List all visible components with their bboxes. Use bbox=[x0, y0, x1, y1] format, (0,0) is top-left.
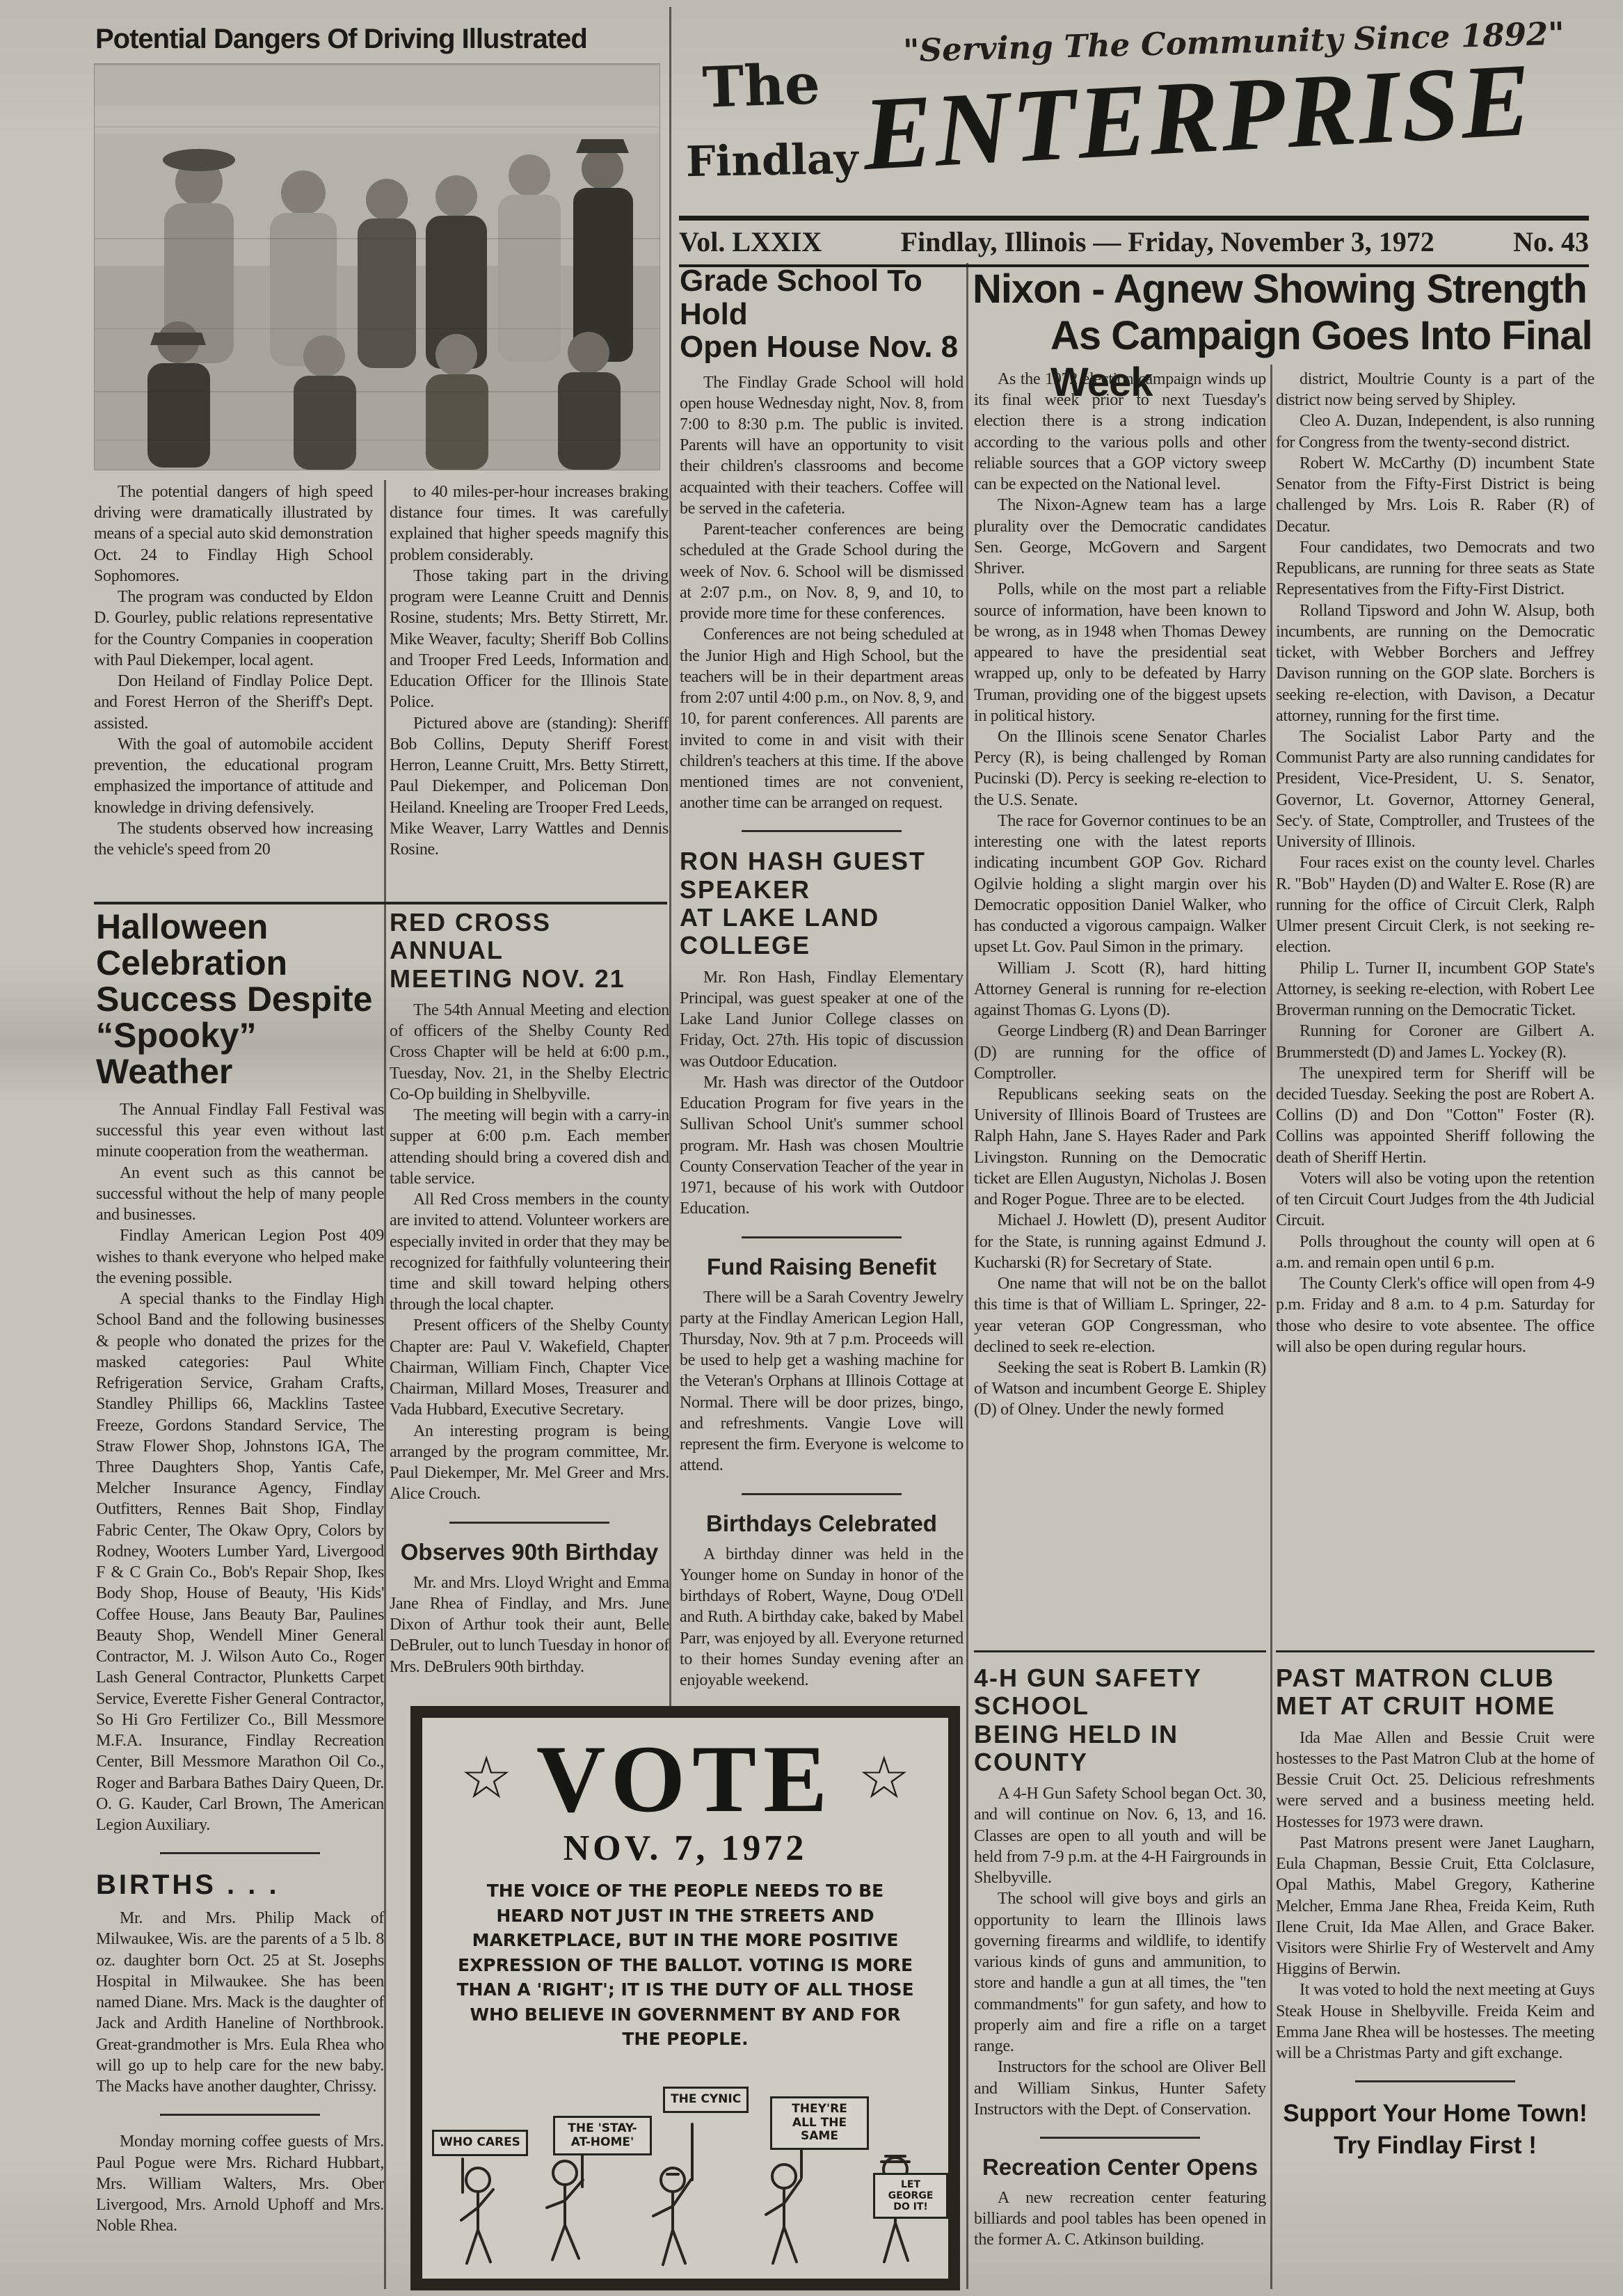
star-icon: ☆ bbox=[461, 1750, 513, 1808]
paragraph: Findlay American Legion Post 409 wishes … bbox=[96, 1225, 384, 1289]
paragraph: Monday morning coffee guests of Mrs. Pau… bbox=[96, 2131, 384, 2236]
paragraph: to 40 miles-per-hour increases braking d… bbox=[390, 481, 669, 566]
masthead: "Serving The Community Since 1892" The F… bbox=[673, 13, 1597, 263]
paragraph: Cleo A. Duzan, Independent, is also runn… bbox=[1276, 410, 1594, 452]
paragraph: Philip L. Turner II, incumbent GOP State… bbox=[1276, 958, 1594, 1021]
recreation-headline: Recreation Center Opens bbox=[974, 2154, 1266, 2181]
coffee-note: Monday morning coffee guests of Mrs. Pau… bbox=[96, 2131, 384, 2236]
cartoon-sign: THE 'STAY-AT-HOME' bbox=[553, 2116, 652, 2155]
headline-line: AT LAKE LAND COLLEGE bbox=[680, 904, 964, 960]
paragraph: The County Clerk's office will open from… bbox=[1276, 1273, 1594, 1357]
paragraph: Conferences are not being scheduled at t… bbox=[680, 624, 964, 813]
paragraph: Voters will also be voting upon the rete… bbox=[1276, 1168, 1594, 1231]
ron-hash-body: Mr. Ron Hash, Findlay Elementary Princip… bbox=[680, 967, 964, 1220]
paragraph: Rolland Tipsword and John W. Alsup, both… bbox=[1276, 600, 1594, 726]
paragraph: Pictured above are (standing): Sheriff B… bbox=[390, 713, 669, 861]
paragraph: Michael J. Howlett (D), present Auditor … bbox=[974, 1210, 1266, 1273]
paragraph: With the goal of automobile accident pre… bbox=[94, 734, 373, 818]
paragraph: The Findlay Grade School will hold open … bbox=[680, 372, 964, 520]
paragraph: Don Heiland of Findlay Police Dept. and … bbox=[94, 671, 373, 734]
paragraph: Parent-teacher conferences are being sch… bbox=[680, 519, 964, 624]
vote-ad-inner: ☆ VOTE ☆ NOV. 7, 1972 THE VOICE OF THE P… bbox=[420, 1716, 950, 2281]
cartoon-sign: THEY'RE ALL THE SAME bbox=[770, 2096, 869, 2150]
driving-body: The potential dangers of high speed driv… bbox=[94, 481, 669, 860]
paragraph: district, Moultrie County is a part of t… bbox=[1276, 369, 1594, 410]
gun-safety-body: A 4-H Gun Safety School began Oct. 30, a… bbox=[974, 1783, 1266, 2120]
paragraph: A birthday dinner was held in the Younge… bbox=[680, 1544, 964, 1691]
observes-90th-body: Mr. and Mrs. Lloyd Wright and Emma Jane … bbox=[390, 1572, 669, 1677]
paragraph: The potential dangers of high speed driv… bbox=[94, 481, 373, 587]
headline-line: 4-H GUN SAFETY SCHOOL bbox=[974, 1664, 1266, 1721]
ron-hash-headline: RON HASH GUEST SPEAKER AT LAKE LAND COLL… bbox=[680, 847, 964, 959]
paragraph: Four candidates, two Democrats and two R… bbox=[1276, 537, 1594, 600]
headline-line: MEETING NOV. 21 bbox=[390, 965, 669, 993]
births-headline: BIRTHS . . . bbox=[96, 1870, 384, 1901]
separator bbox=[742, 1493, 902, 1495]
paragraph: A 4-H Gun Safety School began Oct. 30, a… bbox=[974, 1783, 1266, 1888]
paragraph: An event such as this cannot be successf… bbox=[96, 1163, 384, 1226]
paragraph: A new recreation center featuring billia… bbox=[974, 2187, 1266, 2251]
support-home-town-promo: Support Your Home Town! Try Findlay Firs… bbox=[1276, 2098, 1594, 2161]
headline-line: Nixon - Agnew Showing Strength bbox=[973, 266, 1594, 312]
paragraph: Polls throughout the county will open at… bbox=[1276, 1231, 1594, 1273]
grade-school-column: Grade School To Hold Open House Nov. 8 T… bbox=[680, 264, 964, 1691]
paragraph: Past Matrons present were Janet Laugharn… bbox=[1276, 1833, 1594, 1980]
nixon-body-col2: district, Moultrie County is a part of t… bbox=[1276, 369, 1594, 1656]
halloween-article: Halloween Celebration Success Despite “S… bbox=[96, 909, 384, 2236]
cartoon-sign: WHO CARES bbox=[432, 2130, 528, 2156]
paragraph: Mr. Hash was director of the Outdoor Edu… bbox=[680, 1072, 964, 1220]
paragraph: Seeking the seat is Robert B. Lamkin (R)… bbox=[974, 1357, 1266, 1421]
headline-line: MET AT CRUIT HOME bbox=[1276, 1692, 1594, 1720]
paragraph: A special thanks to the Findlay High Sch… bbox=[96, 1289, 384, 1835]
nixon-body-col1: As the 1972 election campaign winds up i… bbox=[974, 369, 1266, 1656]
halloween-body: The Annual Findlay Fall Festival was suc… bbox=[96, 1099, 384, 1835]
separator bbox=[742, 1236, 902, 1238]
separator bbox=[160, 2114, 320, 2116]
paragraph: An interesting program is being arranged… bbox=[390, 1421, 669, 1505]
vote-title: VOTE bbox=[536, 1736, 834, 1822]
nixon-text-col1: As the 1972 election campaign winds up i… bbox=[974, 369, 1266, 1421]
cartoon-sign: LET GEORGE DO IT! bbox=[873, 2173, 948, 2219]
paragraph: The meeting will begin with a carry-in s… bbox=[390, 1105, 669, 1189]
headline-line: “Spooky” Weather bbox=[96, 1017, 384, 1090]
birthdays-headline: Birthdays Celebrated bbox=[680, 1510, 964, 1537]
headline-line: Open House Nov. 8 bbox=[680, 330, 964, 364]
group-photo bbox=[94, 63, 660, 470]
red-cross-body: The 54th Annual Meeting and election of … bbox=[390, 1000, 669, 1505]
vote-cartoon: WHO CARES THE 'STAY-AT-HOME' THE CYNIC T… bbox=[422, 2075, 948, 2279]
vote-advertisement: ☆ VOTE ☆ NOV. 7, 1972 THE VOICE OF THE P… bbox=[410, 1706, 960, 2290]
headline-line: PAST MATRON CLUB bbox=[1276, 1664, 1594, 1692]
observes-90th-headline: Observes 90th Birthday bbox=[390, 1539, 669, 1565]
paragraph: George Lindberg (R) and Dean Barringer (… bbox=[974, 1021, 1266, 1084]
fund-raising-headline: Fund Raising Benefit bbox=[680, 1254, 964, 1280]
paragraph: Robert W. McCarthy (D) incumbent State S… bbox=[1276, 453, 1594, 537]
issue-number: No. 43 bbox=[1513, 225, 1589, 258]
grade-school-body: The Findlay Grade School will hold open … bbox=[680, 372, 964, 814]
headline-line: BEING HELD IN COUNTY bbox=[974, 1721, 1266, 1777]
driving-article: Potential Dangers Of Driving Illustrated bbox=[94, 24, 669, 860]
newspaper-scan: { "page": { "paper_color": "#c6c3bb", "i… bbox=[0, 0, 1623, 2296]
promo-line: Support Your Home Town! bbox=[1276, 2098, 1594, 2130]
paragraph: Instructors for the school are Oliver Be… bbox=[974, 2057, 1266, 2120]
paragraph: The Annual Findlay Fall Festival was suc… bbox=[96, 1099, 384, 1163]
separator bbox=[1355, 2080, 1515, 2082]
column-rule bbox=[966, 263, 968, 2289]
headline-line: Grade School To Hold bbox=[680, 264, 964, 330]
driving-headline: Potential Dangers Of Driving Illustrated bbox=[95, 24, 669, 55]
vote-message: THE VOICE OF THE PEOPLE NEEDS TO BE HEAR… bbox=[456, 1879, 915, 2052]
birthdays-body: A birthday dinner was held in the Younge… bbox=[680, 1544, 964, 1691]
nixon-text-col2: district, Moultrie County is a part of t… bbox=[1276, 369, 1594, 1357]
paragraph: Mr. and Mrs. Philip Mack of Milwaukee, W… bbox=[96, 1908, 384, 2097]
paragraph: Ida Mae Allen and Bessie Cruit were host… bbox=[1276, 1728, 1594, 1833]
separator bbox=[160, 1852, 320, 1854]
headline-line: RED CROSS ANNUAL bbox=[390, 909, 669, 965]
section-rule bbox=[94, 902, 667, 904]
paragraph: The Nixon-Agnew team has a large plurali… bbox=[974, 495, 1266, 579]
paragraph: The 54th Annual Meeting and election of … bbox=[390, 1000, 669, 1105]
paragraph: One name that will not be on the ballot … bbox=[974, 1273, 1266, 1357]
promo-line: Try Findlay First ! bbox=[1276, 2130, 1594, 2162]
separator bbox=[449, 1522, 609, 1524]
paragraph: Republicans seeking seats on the Univers… bbox=[974, 1084, 1266, 1210]
paragraph: The students observed how increasing the… bbox=[94, 818, 373, 860]
paragraph: There will be a Sarah Coventry Jewelry p… bbox=[680, 1287, 964, 1476]
vote-date: NOV. 7, 1972 bbox=[422, 1828, 948, 1869]
separator bbox=[742, 830, 902, 832]
paragraph: Mr. Ron Hash, Findlay Elementary Princip… bbox=[680, 967, 964, 1072]
past-matron-body: Ida Mae Allen and Bessie Cruit were host… bbox=[1276, 1728, 1594, 2064]
column-rule bbox=[1270, 365, 1272, 2289]
paragraph: Polls, while on the most part a reliable… bbox=[974, 579, 1266, 726]
paragraph: All Red Cross members in the county are … bbox=[390, 1189, 669, 1315]
separator bbox=[1040, 2137, 1200, 2139]
paragraph: Mr. and Mrs. Lloyd Wright and Emma Jane … bbox=[390, 1572, 669, 1677]
paragraph: The Socialist Labor Party and the Commun… bbox=[1276, 726, 1594, 852]
masthead-folio: Vol. LXXIX Findlay, Illinois — Friday, N… bbox=[679, 225, 1589, 258]
fund-raising-body: There will be a Sarah Coventry Jewelry p… bbox=[680, 1287, 964, 1476]
red-cross-headline: RED CROSS ANNUAL MEETING NOV. 21 bbox=[390, 909, 669, 993]
grade-school-headline: Grade School To Hold Open House Nov. 8 bbox=[680, 264, 964, 364]
paragraph: Those taking part in the driving program… bbox=[390, 566, 669, 713]
group-photo-illustration bbox=[95, 64, 659, 470]
vote-title-row: ☆ VOTE ☆ bbox=[422, 1736, 948, 1822]
paragraph: Present officers of the Shelby County Ch… bbox=[390, 1315, 669, 1420]
past-matron-headline: PAST MATRON CLUB MET AT CRUIT HOME bbox=[1276, 1664, 1594, 1721]
headline-line: Halloween Celebration bbox=[96, 909, 384, 981]
paragraph: On the Illinois scene Senator Charles Pe… bbox=[974, 726, 1266, 811]
dateline: Findlay, Illinois — Friday, November 3, … bbox=[901, 225, 1434, 258]
paragraph: The unexpired term for Sheriff will be d… bbox=[1276, 1063, 1594, 1168]
gun-safety-headline: 4-H GUN SAFETY SCHOOL BEING HELD IN COUN… bbox=[974, 1664, 1266, 1776]
gun-safety-article: 4-H GUN SAFETY SCHOOL BEING HELD IN COUN… bbox=[974, 1664, 1266, 2251]
paragraph: William J. Scott (R), hard hitting Attor… bbox=[974, 958, 1266, 1021]
masthead-rule bbox=[679, 216, 1589, 221]
driving-text-col2: to 40 miles-per-hour increases braking d… bbox=[390, 481, 669, 860]
headline-line: RON HASH GUEST SPEAKER bbox=[680, 847, 964, 904]
paragraph: As the 1972 election campaign winds up i… bbox=[974, 369, 1266, 495]
masthead-the: The bbox=[701, 51, 821, 120]
red-cross-article: RED CROSS ANNUAL MEETING NOV. 21 The 54t… bbox=[390, 909, 669, 1677]
paragraph: It was voted to hold the next meeting at… bbox=[1276, 1979, 1594, 2064]
births-body: Mr. and Mrs. Philip Mack of Milwaukee, W… bbox=[96, 1908, 384, 2097]
star-icon: ☆ bbox=[858, 1750, 910, 1808]
paragraph: The school will give boys and girls an o… bbox=[974, 1888, 1266, 2057]
paragraph: The race for Governor continues to be an… bbox=[974, 811, 1266, 958]
headline-line: Success Despite bbox=[96, 981, 384, 1017]
recreation-body: A new recreation center featuring billia… bbox=[974, 2187, 1266, 2251]
paragraph: Running for Coroner are Gilbert A. Brumm… bbox=[1276, 1021, 1594, 1062]
paragraph: The program was conducted by Eldon D. Go… bbox=[94, 587, 373, 671]
cartoon-sign: THE CYNIC bbox=[663, 2087, 749, 2113]
paragraph: Four races exist on the county level. Ch… bbox=[1276, 852, 1594, 957]
masthead-findlay: Findlay bbox=[685, 135, 858, 186]
volume-label: Vol. LXXIX bbox=[679, 225, 822, 258]
driving-text-col1: The potential dangers of high speed driv… bbox=[94, 481, 373, 860]
halloween-headline: Halloween Celebration Success Despite “S… bbox=[96, 909, 384, 1090]
past-matron-article: PAST MATRON CLUB MET AT CRUIT HOME Ida M… bbox=[1276, 1664, 1594, 2161]
